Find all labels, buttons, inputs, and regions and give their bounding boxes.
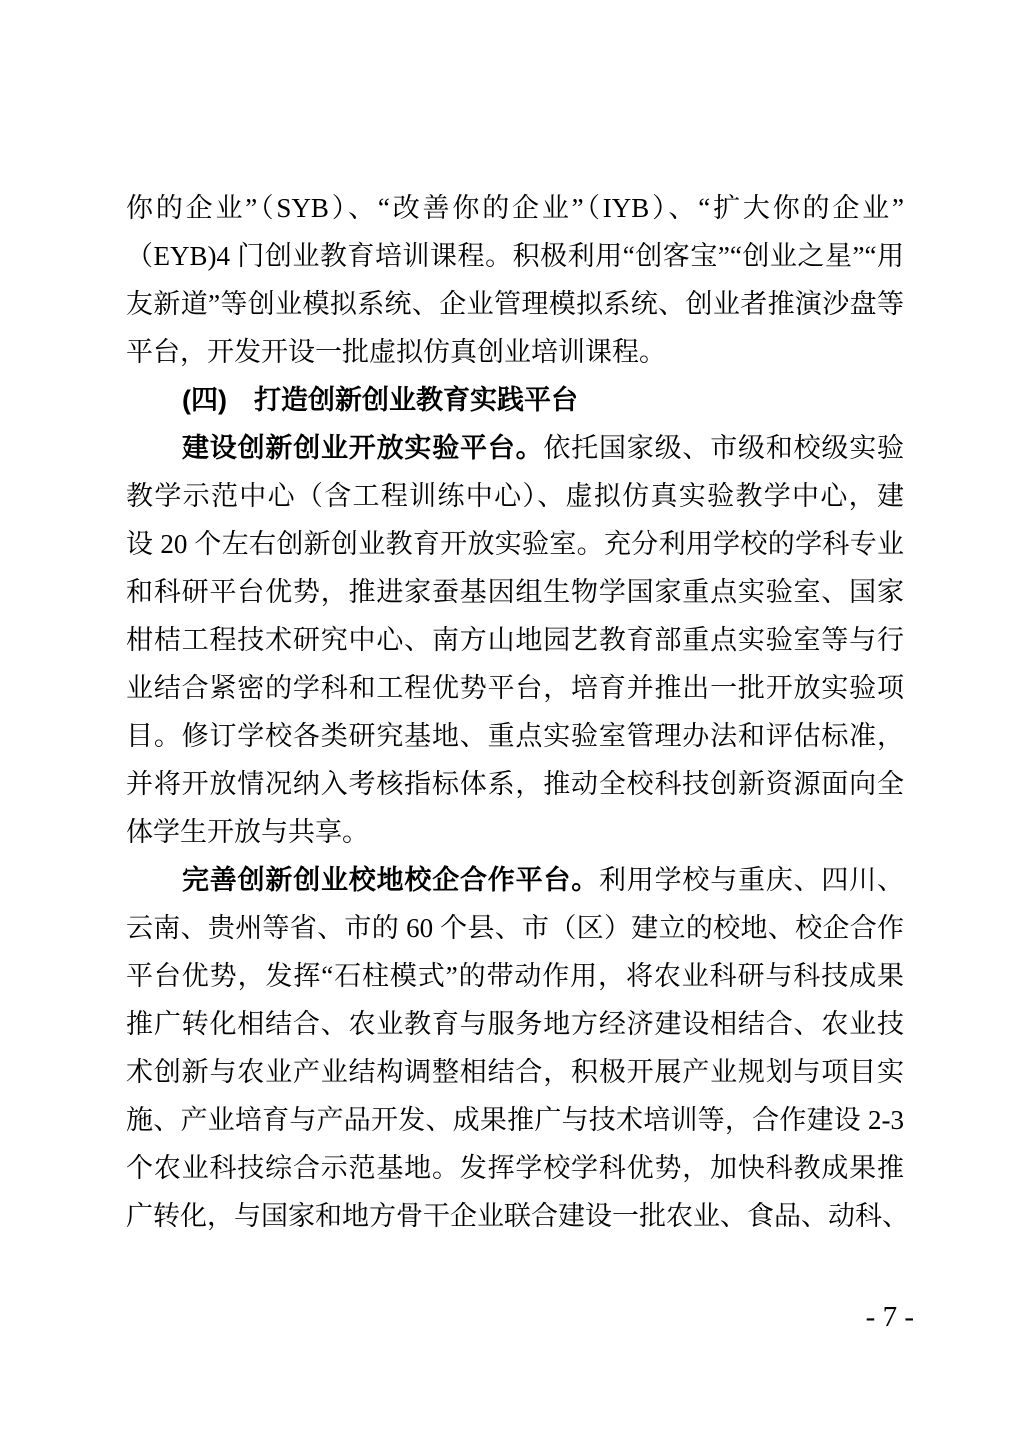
text-line: 目。修订学校各类研究基地、重点实验室管理办法和评估标准， bbox=[126, 712, 904, 760]
text-segment: 友新道”等创业模拟系统、企业管理模拟系统、创业者推演沙盘等 bbox=[126, 289, 904, 319]
text-segment: 平台，开发开设一批虚拟仿真创业培训课程。 bbox=[126, 337, 666, 367]
text-segment: 个农业科技综合示范基地。发挥学校学科优势，加快科教成果推 bbox=[126, 1153, 904, 1183]
text-line: 教学示范中心（含工程训练中心）、虚拟仿真实验教学中心，建 bbox=[126, 472, 904, 520]
text-line: 和科研平台优势，推进家蚕基因组生物学国家重点实验室、国家 bbox=[126, 568, 904, 616]
text-line: 施、产业培育与产品开发、成果推广与技术培训等，合作建设 2-3 bbox=[126, 1096, 904, 1144]
text-segment: 依托国家级、市级和校级实验 bbox=[543, 433, 904, 463]
text-segment: 施、产业培育与产品开发、成果推广与技术培训等，合作建设 2-3 bbox=[126, 1105, 904, 1135]
bold-text-segment: (四) 打造创新创业教育实践平台 bbox=[182, 385, 578, 415]
text-segment: 术创新与农业产业结构调整相结合，积极开展产业规划与项目实 bbox=[126, 1057, 904, 1087]
text-segment: 目。修订学校各类研究基地、重点实验室管理办法和评估标准， bbox=[126, 721, 904, 751]
text-segment: 云南、贵州等省、市的 60 个县、市（区）建立的校地、校企合作 bbox=[126, 913, 904, 943]
text-line: 完善创新创业校地校企合作平台。利用学校与重庆、四川、 bbox=[126, 856, 904, 904]
text-line: 平台，开发开设一批虚拟仿真创业培训课程。 bbox=[126, 328, 904, 376]
bold-text-segment: 建设创新创业开放实验平台。 bbox=[182, 433, 543, 463]
text-line: 并将开放情况纳入考核指标体系，推动全校科技创新资源面向全 bbox=[126, 760, 904, 808]
text-line: 术创新与农业产业结构调整相结合，积极开展产业规划与项目实 bbox=[126, 1048, 904, 1096]
page-number: - 7 - bbox=[866, 1300, 914, 1334]
text-line: 个农业科技综合示范基地。发挥学校学科优势，加快科教成果推 bbox=[126, 1144, 904, 1192]
text-line: (四) 打造创新创业教育实践平台 bbox=[126, 376, 904, 424]
text-segment: 体学生开放与共享。 bbox=[126, 817, 369, 847]
text-segment: 利用学校与重庆、四川、 bbox=[599, 865, 904, 895]
text-segment: （EYB)4 门创业教育培训课程。积极利用“创客宝”“创业之星”“用 bbox=[126, 241, 904, 271]
document-body: 你的企业”（SYB）、“改善你的企业”（IYB）、“扩大你的企业”（EYB)4 … bbox=[126, 184, 904, 1240]
text-segment: 教学示范中心（含工程训练中心）、虚拟仿真实验教学中心，建 bbox=[126, 481, 904, 511]
text-line: 柑桔工程技术研究中心、南方山地园艺教育部重点实验室等与行 bbox=[126, 616, 904, 664]
text-line: 平台优势，发挥“石柱模式”的带动作用，将农业科研与科技成果 bbox=[126, 952, 904, 1000]
text-segment: 平台优势，发挥“石柱模式”的带动作用，将农业科研与科技成果 bbox=[126, 961, 904, 991]
text-segment: 和科研平台优势，推进家蚕基因组生物学国家重点实验室、国家 bbox=[126, 577, 904, 607]
text-line: 广转化，与国家和地方骨干企业联合建设一批农业、食品、动科、 bbox=[126, 1192, 904, 1240]
bold-text-segment: 完善创新创业校地校企合作平台。 bbox=[182, 865, 599, 895]
text-line: 业结合紧密的学科和工程优势平台，培育并推出一批开放实验项 bbox=[126, 664, 904, 712]
text-line: 云南、贵州等省、市的 60 个县、市（区）建立的校地、校企合作 bbox=[126, 904, 904, 952]
text-line: 推广转化相结合、农业教育与服务地方经济建设相结合、农业技 bbox=[126, 1000, 904, 1048]
document-page: 你的企业”（SYB）、“改善你的企业”（IYB）、“扩大你的企业”（EYB)4 … bbox=[0, 0, 1024, 1447]
text-line: （EYB)4 门创业教育培训课程。积极利用“创客宝”“创业之星”“用 bbox=[126, 232, 904, 280]
text-segment: 设 20 个左右创新创业教育开放实验室。充分利用学校的学科专业 bbox=[126, 529, 904, 559]
text-segment: 推广转化相结合、农业教育与服务地方经济建设相结合、农业技 bbox=[126, 1009, 904, 1039]
text-line: 你的企业”（SYB）、“改善你的企业”（IYB）、“扩大你的企业” bbox=[126, 184, 904, 232]
text-segment: 柑桔工程技术研究中心、南方山地园艺教育部重点实验室等与行 bbox=[126, 625, 904, 655]
text-line: 友新道”等创业模拟系统、企业管理模拟系统、创业者推演沙盘等 bbox=[126, 280, 904, 328]
text-segment: 你的企业”（SYB）、“改善你的企业”（IYB）、“扩大你的企业” bbox=[126, 193, 904, 223]
text-line: 体学生开放与共享。 bbox=[126, 808, 904, 856]
text-segment: 并将开放情况纳入考核指标体系，推动全校科技创新资源面向全 bbox=[126, 769, 904, 799]
text-line: 建设创新创业开放实验平台。依托国家级、市级和校级实验 bbox=[126, 424, 904, 472]
text-segment: 业结合紧密的学科和工程优势平台，培育并推出一批开放实验项 bbox=[126, 673, 904, 703]
text-segment: 广转化，与国家和地方骨干企业联合建设一批农业、食品、动科、 bbox=[126, 1201, 909, 1231]
text-line: 设 20 个左右创新创业教育开放实验室。充分利用学校的学科专业 bbox=[126, 520, 904, 568]
